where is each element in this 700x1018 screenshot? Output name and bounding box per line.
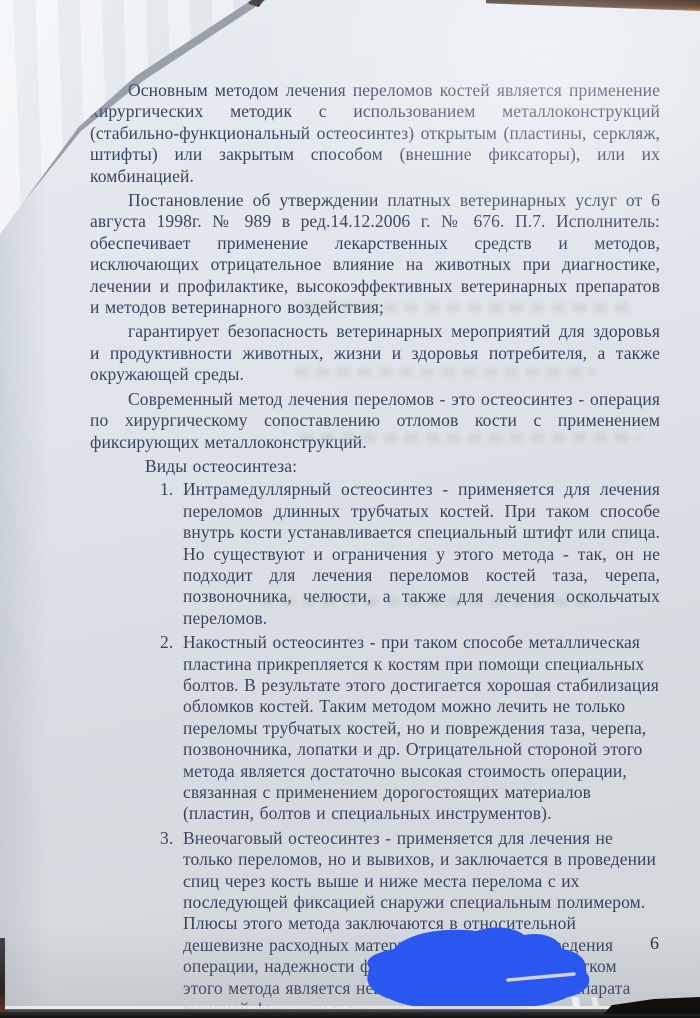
paragraph: гарантирует безопасность ветеринарных ме… [90, 321, 660, 385]
table-bottom-strip [0, 1009, 700, 1018]
document-photo: Основным методом лечения переломов косте… [0, 0, 700, 1018]
table-edge-strip [486, 0, 700, 11]
document-text: Основным методом лечения переломов косте… [90, 80, 660, 1018]
page-number: 6 [650, 933, 659, 954]
list-item-number: 3. [160, 828, 173, 849]
paragraph: Основным методом лечения переломов косте… [90, 80, 660, 187]
list-item-text: Интрамедуллярный остеосинтез - применяет… [183, 479, 660, 629]
paragraph: Современный метод лечения переломов - эт… [90, 389, 660, 453]
list-item: 2. Накостный остеосинтез - при таком спо… [90, 632, 660, 825]
paragraph: Постановление об утверждении платных вет… [90, 190, 660, 318]
list-item-number: 1. [160, 479, 173, 500]
left-edge-dark-strip [0, 938, 5, 1012]
list-item-number: 2. [160, 632, 173, 653]
list-item-text: Накостный остеосинтез - при таком способ… [183, 632, 660, 825]
list-item: 1. Интрамедуллярный остеосинтез - примен… [90, 479, 660, 629]
list-title: Виды остеосинтеза: [90, 456, 660, 477]
